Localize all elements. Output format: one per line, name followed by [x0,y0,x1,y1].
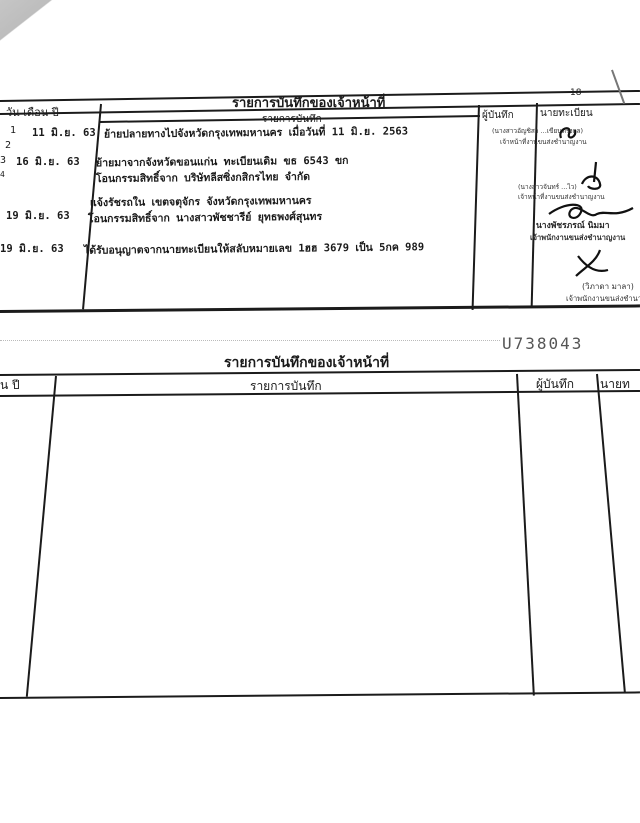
signature-scribble [555,118,585,144]
perforation-dots [0,340,500,341]
registration-record-page: รายการบันทึกของเจ้าหน้าที่ 18 วัน เดือน … [0,0,640,823]
row-number: 4 [0,170,5,179]
record-text: ย้ายปลายทางไปจังหวัดกรุงเทพมหานคร เมื่อว… [104,122,408,142]
record-date: 16 มิ.ย. 63 [16,153,80,170]
lower-col-divider-date [26,376,57,697]
row-number: 2 [5,140,11,151]
upper-table-bottom-border [0,304,640,312]
row-number: 1 [10,125,16,136]
signature-name: (นางสาวจันทร์ ...ไว) [518,182,577,192]
record-text: โอนกรรมสิทธิ์จาก บริษัทลีสซิ่งกสิกรไทย จ… [96,168,310,187]
row-number: 3 [0,155,6,166]
lower-col-divider-entry [516,374,534,696]
lower-header-date: น ปี [0,376,20,395]
lower-table-bottom-border [0,691,640,699]
signature-title: เจ้าพนักงานขนส่งชำนาญงาน [530,232,625,244]
signature-scribble [578,160,608,196]
signature-scribble [572,248,612,280]
upper-header-date: วัน เดือน ปี [6,103,59,121]
record-text: โอนกรรมสิทธิ์จาก นางสาวพัชชารีย์ ยุทธพงศ… [88,208,322,227]
lower-col-divider-recorder [596,374,625,693]
upper-right-edge [611,70,625,104]
lower-header-registrar: นายท [600,375,630,394]
record-text: ได้รับอนุญาตจากนายทะเบียนให้สลับหมายเลข … [84,238,424,259]
record-date: 11 มิ.ย. 63 [32,124,96,141]
record-date: 19 มิ.ย. 63 [0,240,64,257]
lower-header-entry: รายการบันทึก [250,377,322,396]
record-date: 19 มิ.ย. 63 [6,207,70,224]
lower-header-recorder: ผู้บันทึก [536,375,574,394]
upper-header-recorder: ผู้บันทึก [482,108,514,123]
signature-name: (วิภาดา มาลา) [582,280,634,293]
upper-col-divider-entry [472,105,480,310]
signature-title: เจ้าพนักงานขนส่งชำนาญ [566,293,640,305]
document-number: U738043 [502,334,583,353]
signature-name: นางพัชรภรณ์ นิมมา [536,218,609,232]
